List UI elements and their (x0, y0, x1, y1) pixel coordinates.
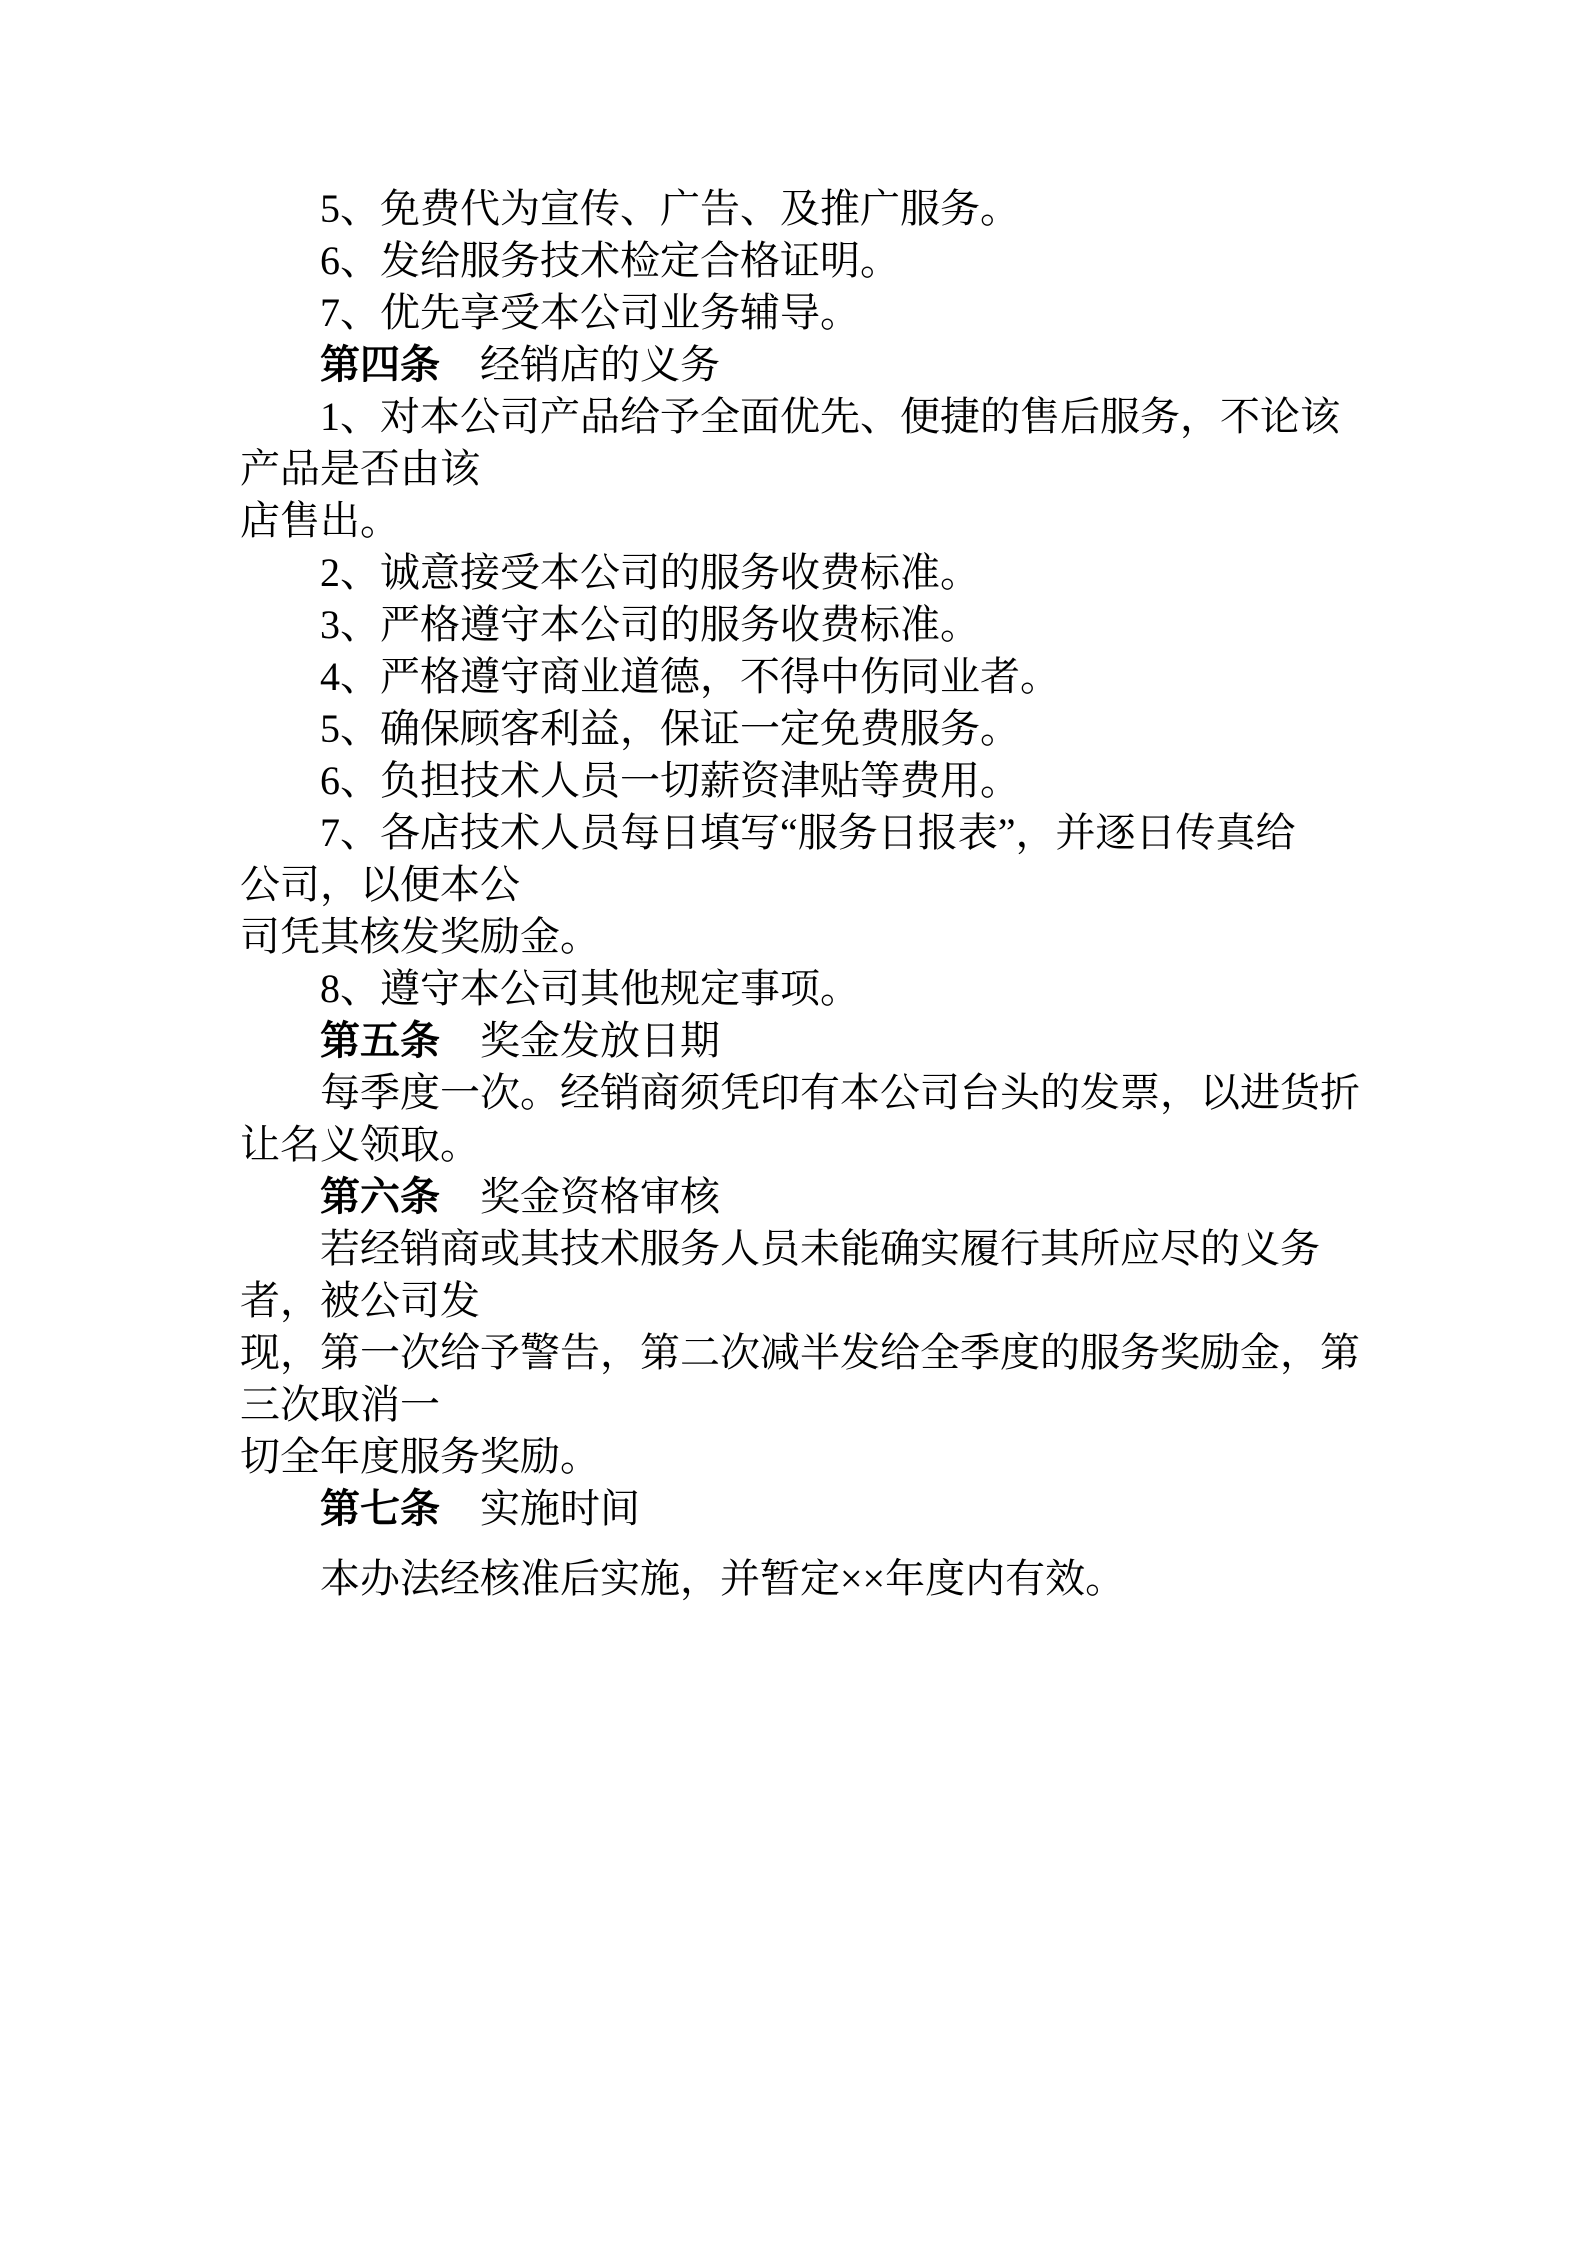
text-line: 7、各店技术人员每日填写“服务日报表”，并逐日传真给 (240, 807, 1467, 859)
line-text: 7、各店技术人员每日填写“服务日报表”，并逐日传真给 (320, 810, 1296, 855)
line-text: 6、发给服务技术检定合格证明。 (320, 238, 900, 283)
text-line: 公司，以便本公 (240, 859, 1467, 911)
line-text: 奖金发放日期 (480, 1018, 720, 1063)
line-text: 7、优先享受本公司业务辅导。 (320, 290, 860, 335)
line-text: 店售出。 (240, 498, 400, 543)
line-text: 产品是否由该 (240, 446, 480, 491)
text-line: 让名义领取。 (240, 1119, 1467, 1171)
line-text: 8、遵守本公司其他规定事项。 (320, 966, 860, 1011)
line-text: 让名义领取。 (240, 1122, 480, 1167)
line-text: 5、免费代为宣传、广告、及推广服务。 (320, 186, 1020, 231)
line-text: 现，第一次给予警告，第二次减半发给全季度的服务奖励金，第 (240, 1330, 1360, 1375)
text-line: 5、确保顾客利益，保证一定免费服务。 (240, 703, 1467, 755)
line-text: 三次取消一 (240, 1382, 440, 1427)
text-line: 切全年度服务奖励。 (240, 1431, 1467, 1483)
text-line: 4、严格遵守商业道德，不得中伤同业者。 (240, 651, 1467, 703)
line-text: 切全年度服务奖励。 (240, 1434, 600, 1479)
text-line: 7、优先享受本公司业务辅导。 (240, 287, 1467, 339)
line-text: 4、严格遵守商业道德，不得中伤同业者。 (320, 654, 1060, 699)
line-text: 6、负担技术人员一切薪资津贴等费用。 (320, 758, 1020, 803)
line-text: 者，被公司发 (240, 1278, 480, 1323)
document-page: 5、免费代为宣传、广告、及推广服务。6、发给服务技术检定合格证明。7、优先享受本… (0, 0, 1587, 2245)
text-line: 者，被公司发 (240, 1275, 1467, 1327)
line-text: 若经销商或其技术服务人员未能确实履行其所应尽的义务 (320, 1226, 1320, 1271)
text-line: 8、遵守本公司其他规定事项。 (240, 963, 1467, 1015)
line-text: 1、对本公司产品给予全面优先、便捷的售后服务，不论该 (320, 394, 1340, 439)
text-line: 三次取消一 (240, 1379, 1467, 1431)
text-line: 每季度一次。经销商须凭印有本公司台头的发票，以进货折 (240, 1067, 1467, 1119)
line-text: 实施时间 (480, 1486, 640, 1531)
article-heading-line: 第六条奖金资格审核 (240, 1171, 1467, 1223)
line-text: 5、确保顾客利益，保证一定免费服务。 (320, 706, 1020, 751)
text-line: 店售出。 (240, 495, 1467, 547)
line-text: 每季度一次。经销商须凭印有本公司台头的发票，以进货折 (320, 1070, 1360, 1115)
article-heading-line: 第四条经销店的义务 (240, 339, 1467, 391)
article-heading-line: 第七条实施时间 (240, 1483, 1467, 1535)
line-text: 本办法经核准后实施，并暂定××年度内有效。 (320, 1556, 1125, 1601)
article-number: 第五条 (320, 1018, 440, 1063)
article-number: 第六条 (320, 1174, 440, 1219)
text-line: 本办法经核准后实施，并暂定××年度内有效。 (240, 1553, 1467, 1605)
line-text: 3、严格遵守本公司的服务收费标准。 (320, 602, 980, 647)
text-line: 若经销商或其技术服务人员未能确实履行其所应尽的义务 (240, 1223, 1467, 1275)
text-line: 2、诚意接受本公司的服务收费标准。 (240, 547, 1467, 599)
text-line: 6、发给服务技术检定合格证明。 (240, 235, 1467, 287)
text-line: 6、负担技术人员一切薪资津贴等费用。 (240, 755, 1467, 807)
article-number: 第四条 (320, 342, 440, 387)
text-line: 产品是否由该 (240, 443, 1467, 495)
document-body: 5、免费代为宣传、广告、及推广服务。6、发给服务技术检定合格证明。7、优先享受本… (240, 183, 1467, 1605)
line-text: 经销店的义务 (480, 342, 720, 387)
text-line: 5、免费代为宣传、广告、及推广服务。 (240, 183, 1467, 235)
line-text: 公司，以便本公 (240, 862, 520, 907)
text-line: 3、严格遵守本公司的服务收费标准。 (240, 599, 1467, 651)
line-text: 2、诚意接受本公司的服务收费标准。 (320, 550, 980, 595)
article-number: 第七条 (320, 1486, 440, 1531)
text-line: 司凭其核发奖励金。 (240, 911, 1467, 963)
text-line: 现，第一次给予警告，第二次减半发给全季度的服务奖励金，第 (240, 1327, 1467, 1379)
line-text: 奖金资格审核 (480, 1174, 720, 1219)
article-heading-line: 第五条奖金发放日期 (240, 1015, 1467, 1067)
line-text: 司凭其核发奖励金。 (240, 914, 600, 959)
text-line: 1、对本公司产品给予全面优先、便捷的售后服务，不论该 (240, 391, 1467, 443)
